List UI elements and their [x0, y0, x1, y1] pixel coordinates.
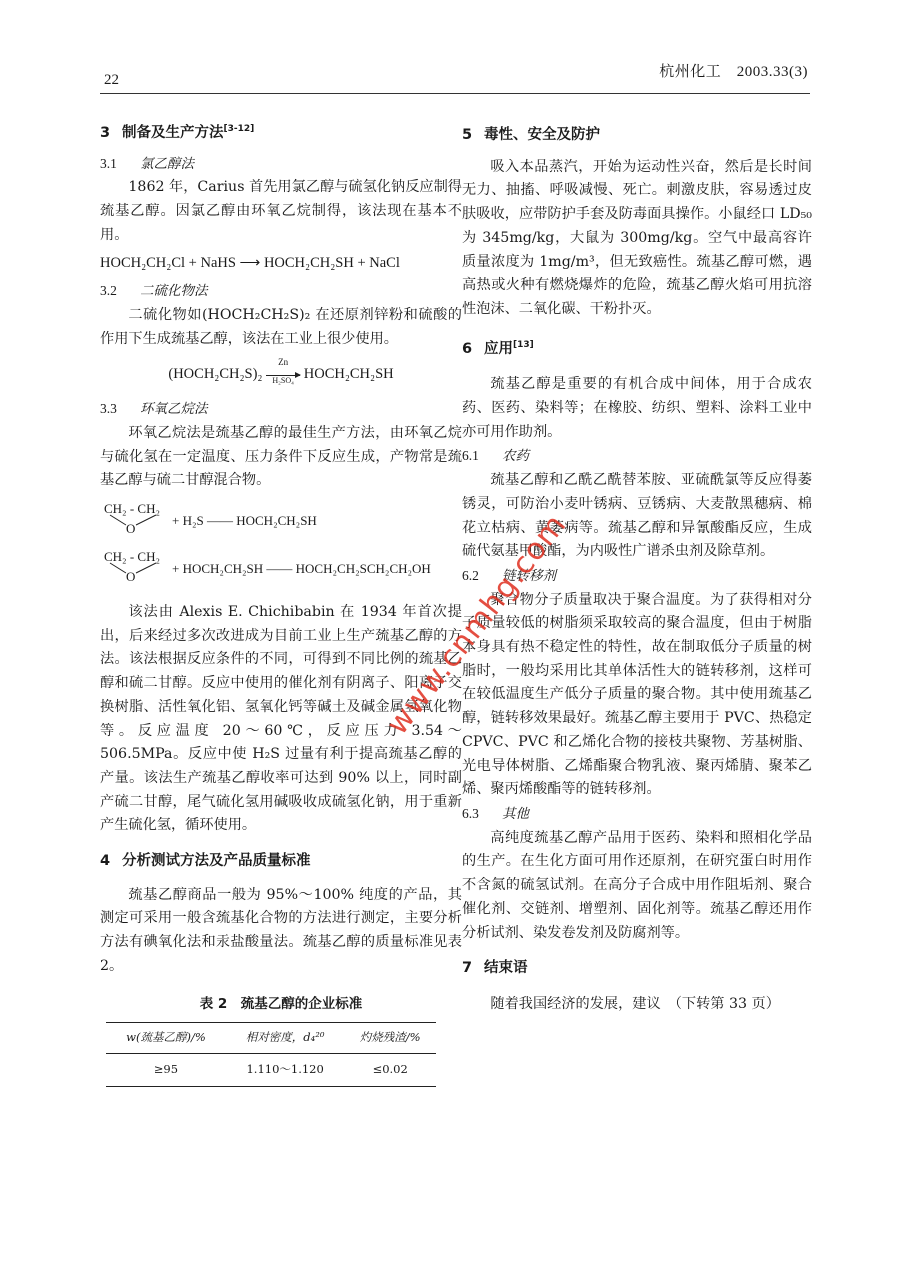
- subsection-heading-3-1: 3.1氯乙醇法: [100, 152, 462, 177]
- table-row: ≥95 1.110～1.120 ≤0.02: [106, 1053, 436, 1086]
- paragraph: 该法由 Alexis E. Chichibabin 在 1934 年首次提出，后…: [100, 601, 462, 838]
- section-heading-5: 5毒性、安全及防护: [462, 124, 812, 148]
- citation-ref: [13]: [513, 340, 534, 350]
- paragraph: 巯基乙醇商品一般为 95%～100% 纯度的产品，其测定可采用一般含巯基化合物的…: [100, 884, 462, 979]
- running-header: 22 杭州化工 2003.33(3): [100, 60, 808, 90]
- paragraph: 环氧乙烷法是巯基乙醇的最佳生产方法，由环氧乙烷与硫化氢在一定温度、压力条件下反应…: [100, 422, 462, 493]
- column-header: w(巯基乙醇)/%: [106, 1023, 226, 1054]
- right-column: 5毒性、安全及防护 吸入本品蒸汽，开始为运动性兴奋，然后是长时间无力、抽搐、呼吸…: [462, 124, 812, 1017]
- epoxide-reaction-2: CH₂ - CH₂ O + HOCH₂CH₂SH —— HOCH₂CH₂SCH₂…: [100, 545, 462, 587]
- quality-standard-table: w(巯基乙醇)/% 相对密度，d₄²⁰ 灼烧残渣/% ≥95 1.110～1.1…: [106, 1022, 436, 1086]
- paragraph: 吸入本品蒸汽，开始为运动性兴奋，然后是长时间无力、抽搐、呼吸减慢、死亡。刺激皮肤…: [462, 156, 812, 322]
- subsection-heading-6-1: 6.1农药: [462, 444, 812, 469]
- table-caption: 表 2 巯基乙醇的企业标准: [100, 993, 462, 1017]
- table-cell: 1.110～1.120: [226, 1053, 345, 1086]
- section-heading-3: 3制备及生产方法[3-12]: [100, 118, 462, 146]
- section-heading-6: 6应用[13]: [462, 334, 812, 362]
- paragraph: 随着我国经济的发展，建议 （下转第 33 页）: [462, 993, 812, 1017]
- left-column: 3制备及生产方法[3-12] 3.1氯乙醇法 1862 年，Carius 首先用…: [100, 112, 462, 1087]
- paragraph: 二硫化物如(HOCH₂CH₂S)₂ 在还原剂锌粉和硫酸的作用下生成巯基乙醇，该法…: [100, 304, 462, 351]
- paragraph: 1862 年，Carius 首先用氯乙醇与硫氢化钠反应制得巯基乙醇。因氯乙醇由环…: [100, 176, 462, 247]
- document-page: 22 杭州化工 2003.33(3) 3制备及生产方法[3-12] 3.1氯乙醇…: [0, 0, 904, 1262]
- section-heading-7: 7结束语: [462, 957, 812, 981]
- section-heading-4: 4分析测试方法及产品质量标准: [100, 850, 462, 874]
- chemical-equation: (HOCH₂CH₂S)₂ Zn H₂SO₄ HOCH₂CH₂SH: [100, 363, 462, 387]
- citation-ref: [3-12]: [224, 124, 255, 134]
- table-cell: ≤0.02: [344, 1053, 436, 1086]
- paragraph: 高纯度巯基乙醇产品用于医药、染料和照相化学品的生产。在生化方面可用作还原剂，在研…: [462, 827, 812, 946]
- column-header: 相对密度，d₄²⁰: [226, 1023, 345, 1054]
- epoxide-ring-icon: [108, 513, 168, 527]
- paragraph: 聚合物分子质量取决于聚合温度。为了获得相对分子质量较低的树脂须采取较高的聚合温度…: [462, 589, 812, 802]
- subsection-heading-3-3: 3.3环氧乙烷法: [100, 397, 462, 422]
- table-cell: ≥95: [106, 1053, 226, 1086]
- table-header-row: w(巯基乙醇)/% 相对密度，d₄²⁰ 灼烧残渣/%: [106, 1023, 436, 1054]
- paragraph: 巯基乙醇是重要的有机合成中间体，用于合成农药、医药、染料等；在橡胶、纺织、塑料、…: [462, 373, 812, 444]
- header-rule: [100, 93, 810, 94]
- journal-citation: 杭州化工 2003.33(3): [659, 60, 808, 81]
- subsection-heading-6-2: 6.2链转移剂: [462, 564, 812, 589]
- page-number: 22: [104, 72, 119, 89]
- paragraph: 巯基乙醇和乙酰乙酰替苯胺、亚硫酰氯等反应得萎锈灵，可防治小麦叶锈病、豆锈病、大麦…: [462, 469, 812, 564]
- subsection-heading-3-2: 3.2二硫化物法: [100, 279, 462, 304]
- chemical-equation: HOCH₂CH₂Cl + NaHS ⟶ HOCH₂CH₂SH + NaCl: [100, 252, 462, 276]
- epoxide-reaction-1: CH₂ - CH₂ O + H₂S —— HOCH₂CH₂SH: [100, 497, 462, 539]
- reaction-arrow-icon: Zn H₂SO₄: [266, 363, 300, 387]
- column-header: 灼烧残渣/%: [344, 1023, 436, 1054]
- subsection-heading-6-3: 6.3其他: [462, 802, 812, 827]
- epoxide-ring-icon: [108, 561, 168, 575]
